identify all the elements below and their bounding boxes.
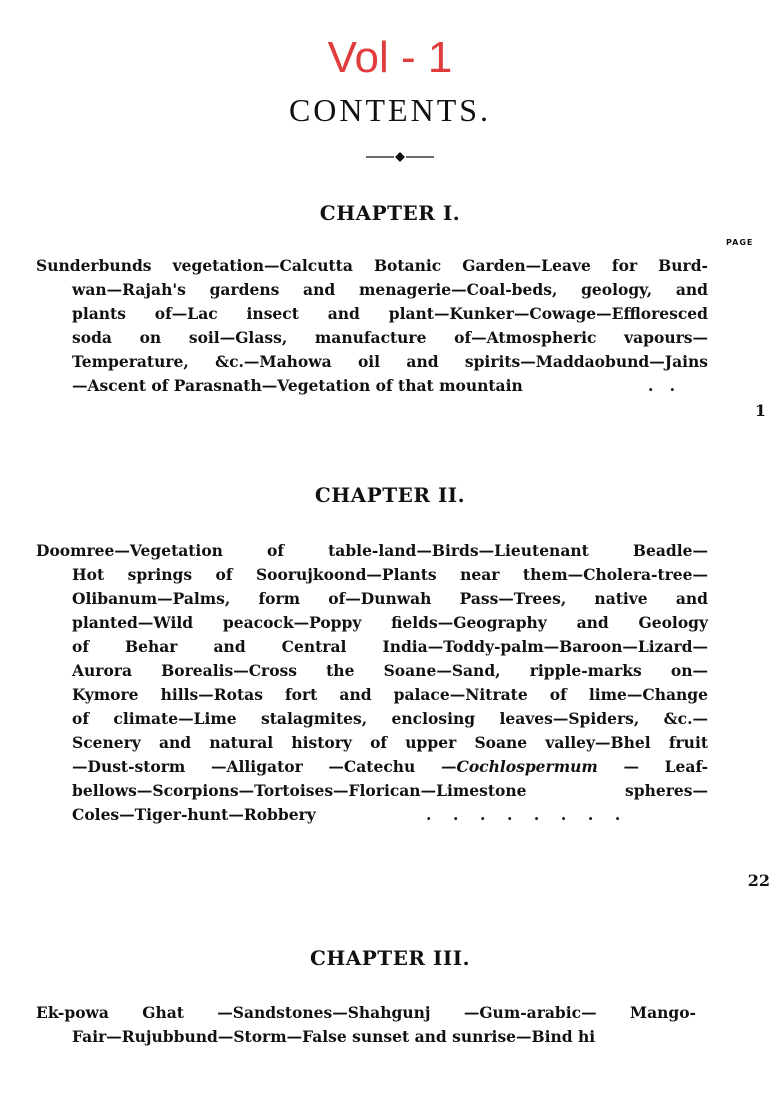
dot-leader: . .: [648, 374, 675, 398]
summary-line: Kymore hills—Rotas fort and palace—Nitra…: [36, 683, 708, 707]
summary-line: bellows—Scorpions—Tortoises—Florican—Lim…: [36, 779, 708, 803]
italic-species-name: Cochlospermum: [457, 757, 598, 776]
chapter-3-summary: Ek-powa Ghat —Sandstones—Shahgunj —Gum-a…: [36, 1001, 696, 1049]
dot-leader: . . . . . . . .: [426, 803, 620, 827]
summary-line: wan—Rajah's gardens and menagerie—Coal-b…: [36, 278, 708, 302]
summary-line: of Behar and Central India—Toddy-palm—Ba…: [36, 635, 708, 659]
summary-line: Hot springs of Soorujkoond—Plants near t…: [36, 563, 708, 587]
page-number-ch2: 22: [730, 871, 770, 890]
page-title: CONTENTS.: [0, 94, 780, 126]
summary-text: Coles—Tiger-hunt—Robbery: [72, 805, 316, 824]
page-column-label: PAGE: [726, 238, 753, 247]
summary-line: Sunderbunds vegetation—Calcutta Botanic …: [36, 254, 708, 278]
volume-label: Vol - 1: [0, 36, 780, 80]
summary-line: plants of—Lac insect and plant—Kunker—Co…: [36, 302, 708, 326]
page-number-ch1: 1: [726, 401, 766, 420]
summary-line: Aurora Borealis—Cross the Soane—Sand, ri…: [36, 659, 708, 683]
summary-line: Scenery and natural history of upper Soa…: [36, 731, 708, 755]
summary-line: planted—Wild peacock—Poppy fields—Geogra…: [36, 611, 708, 635]
summary-line: Olibanum—Palms, form of—Dunwah Pass—Tree…: [36, 587, 708, 611]
summary-line: soda on soil—Glass, manufacture of—Atmos…: [36, 326, 708, 350]
chapter-heading-3: CHAPTER III.: [0, 948, 780, 968]
summary-line: Doomree—Vegetation of table-land—Birds—L…: [36, 539, 708, 563]
summary-line: of climate—Lime stalagmites, enclosing l…: [36, 707, 708, 731]
fleuron-divider-icon: [366, 152, 434, 162]
summary-text: —Ascent of Parasnath—Vegetation of that …: [72, 376, 523, 395]
chapter-heading-1: CHAPTER I.: [0, 203, 780, 223]
summary-line: —Dust-storm —Alligator —Catechu —Cochlos…: [36, 755, 708, 779]
summary-line: —Ascent of Parasnath—Vegetation of that …: [36, 374, 708, 398]
summary-text: — Leaf-: [598, 757, 708, 776]
summary-line: Coles—Tiger-hunt—Robbery . . . . . . . .: [36, 803, 708, 827]
summary-line: Fair—Rujubbund—Storm—False sunset and su…: [36, 1025, 696, 1049]
summary-text: —Dust-storm —Alligator —Catechu —: [72, 757, 457, 776]
summary-line: Temperature, &c.—Mahowa oil and spirits—…: [36, 350, 708, 374]
chapter-1-summary: Sunderbunds vegetation—Calcutta Botanic …: [36, 254, 708, 398]
chapter-heading-2: CHAPTER II.: [0, 485, 780, 505]
summary-line: Ek-powa Ghat —Sandstones—Shahgunj —Gum-a…: [36, 1001, 696, 1025]
chapter-2-summary: Doomree—Vegetation of table-land—Birds—L…: [36, 539, 708, 827]
